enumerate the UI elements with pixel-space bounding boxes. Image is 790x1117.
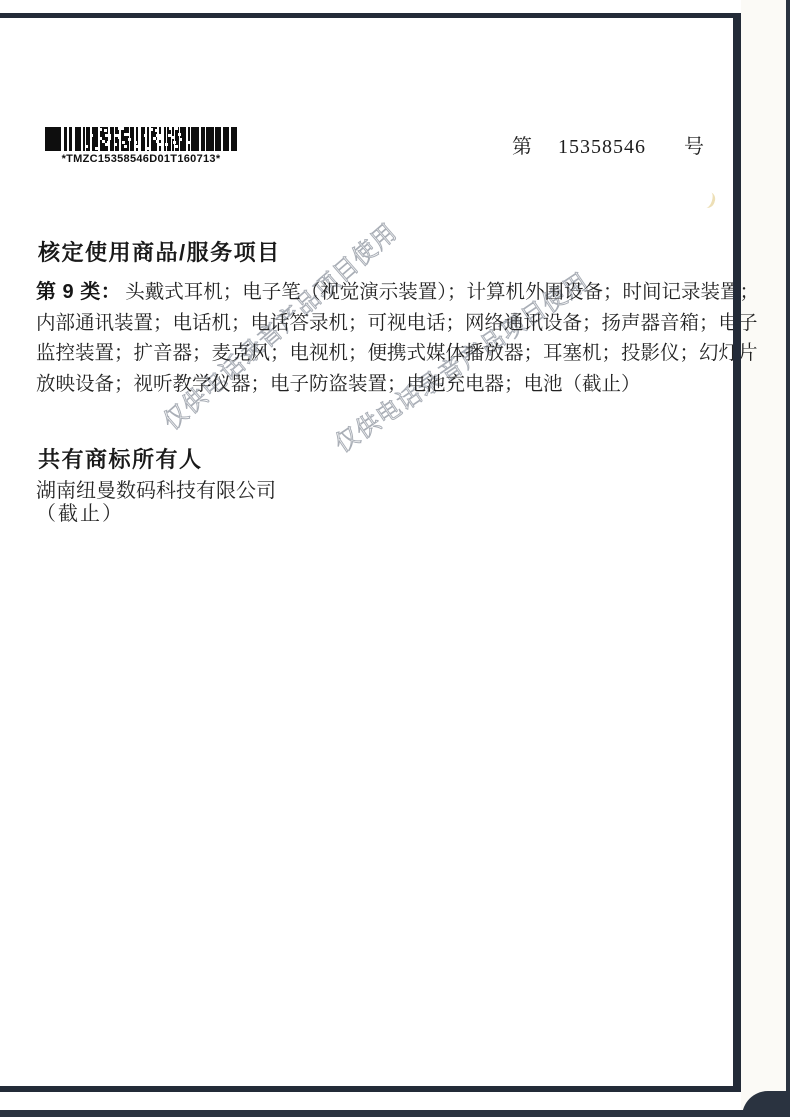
goods-line-2: 内部通讯装置；电话机；电话答录机；可视电话；网络通讯设备；扬声器音箱；电子 [36, 309, 752, 340]
goods-section-heading: 核定使用商品/服务项目 [38, 236, 281, 267]
cert-number-value: 15358546 [558, 136, 646, 159]
cert-number-prefix: 第 [512, 130, 532, 159]
class-label: 第 9 类： [36, 281, 121, 303]
goods-line-3: 监控装置；扩音器；麦克风；电视机；便携式媒体播放器；耳塞机；投影仪；幻灯片 [36, 339, 752, 370]
goods-line-1: 第 9 类：头戴式耳机；电子笔（视觉演示装置）；计算机外围设备；时间记录装置； [36, 277, 752, 309]
goods-list: 第 9 类：头戴式耳机；电子笔（视觉演示装置）；计算机外围设备；时间记录装置； … [36, 277, 752, 400]
certificate-number: 第 15358546 号 [512, 130, 704, 159]
owner-section-heading: 共有商标所有人 [38, 443, 203, 474]
cert-number-suffix: 号 [684, 130, 704, 159]
goods-line-4: 放映设备；视听教学仪器；电子防盗装置；电池充电器；电池（截止） [36, 370, 752, 401]
scan-right-edge-line [786, 0, 790, 1117]
frame-top-edge [0, 13, 741, 18]
scan-right-margin [741, 0, 787, 1117]
frame-bottom-edge [0, 1086, 741, 1092]
goods-line-1-text: 头戴式耳机；电子笔（视觉演示装置）；计算机外围设备；时间记录装置； [125, 282, 759, 303]
frame-right-edge [733, 13, 741, 1092]
owner-note: （截止） [36, 497, 124, 526]
scan-bottom-edge-band [0, 1110, 752, 1117]
scan-smudge-mark [700, 190, 717, 209]
barcode-caption: *TMZC15358546D01T160713* [45, 153, 237, 165]
scanned-certificate-page: 仅供电话录音产品项目使用 仅供电话录音产品项目使用 *TMZC15358546D… [0, 0, 790, 1117]
barcode: *TMZC15358546D01T160713* [45, 127, 237, 165]
barcode-bars [45, 127, 237, 151]
